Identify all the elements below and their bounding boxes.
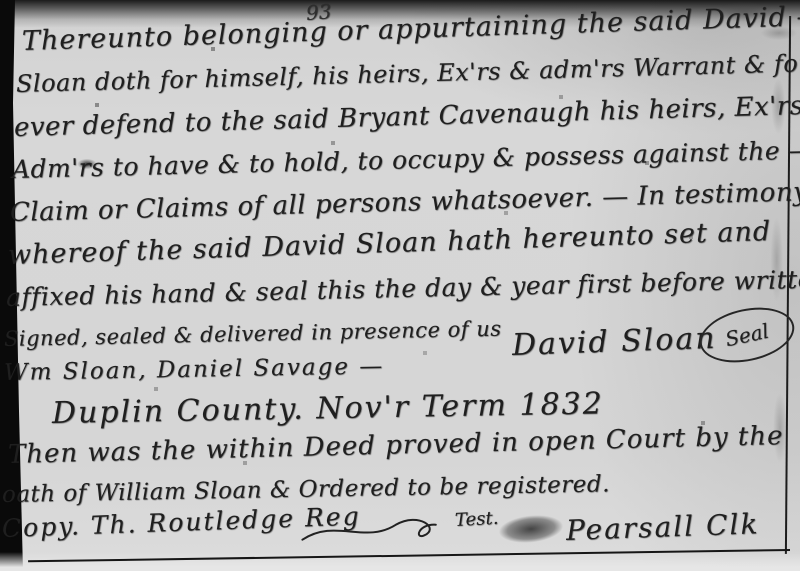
court-term-heading: Duplin County. Nov'r Term 1832 [52, 386, 604, 431]
seal-label: Seal [723, 319, 771, 352]
scanned-deed-page: 93 Thereunto belonging or appurtaining t… [0, 0, 800, 571]
ink-blot-signature [486, 507, 575, 552]
deed-text-line: Sloan doth for himself, his heirs, Ex'rs… [16, 49, 800, 98]
attestation-clause: Signed, sealed & delivered in presence o… [4, 317, 502, 351]
deed-text-line: ever defend to the said Bryant Cavenaugh… [14, 91, 800, 143]
witness-names: Wm Sloan, Daniel Savage — [4, 353, 385, 386]
clerk-signature: Pearsall Clk [565, 507, 759, 547]
deed-text-line: Adm'rs to have & to hold, to occupy & po… [12, 135, 800, 184]
grantor-signature: David Sloan [511, 321, 717, 363]
deed-text-line: affixed his hand & seal this the day & y… [6, 264, 800, 312]
ink-specks [0, 0, 2, 2]
pen-flourish [297, 508, 449, 552]
